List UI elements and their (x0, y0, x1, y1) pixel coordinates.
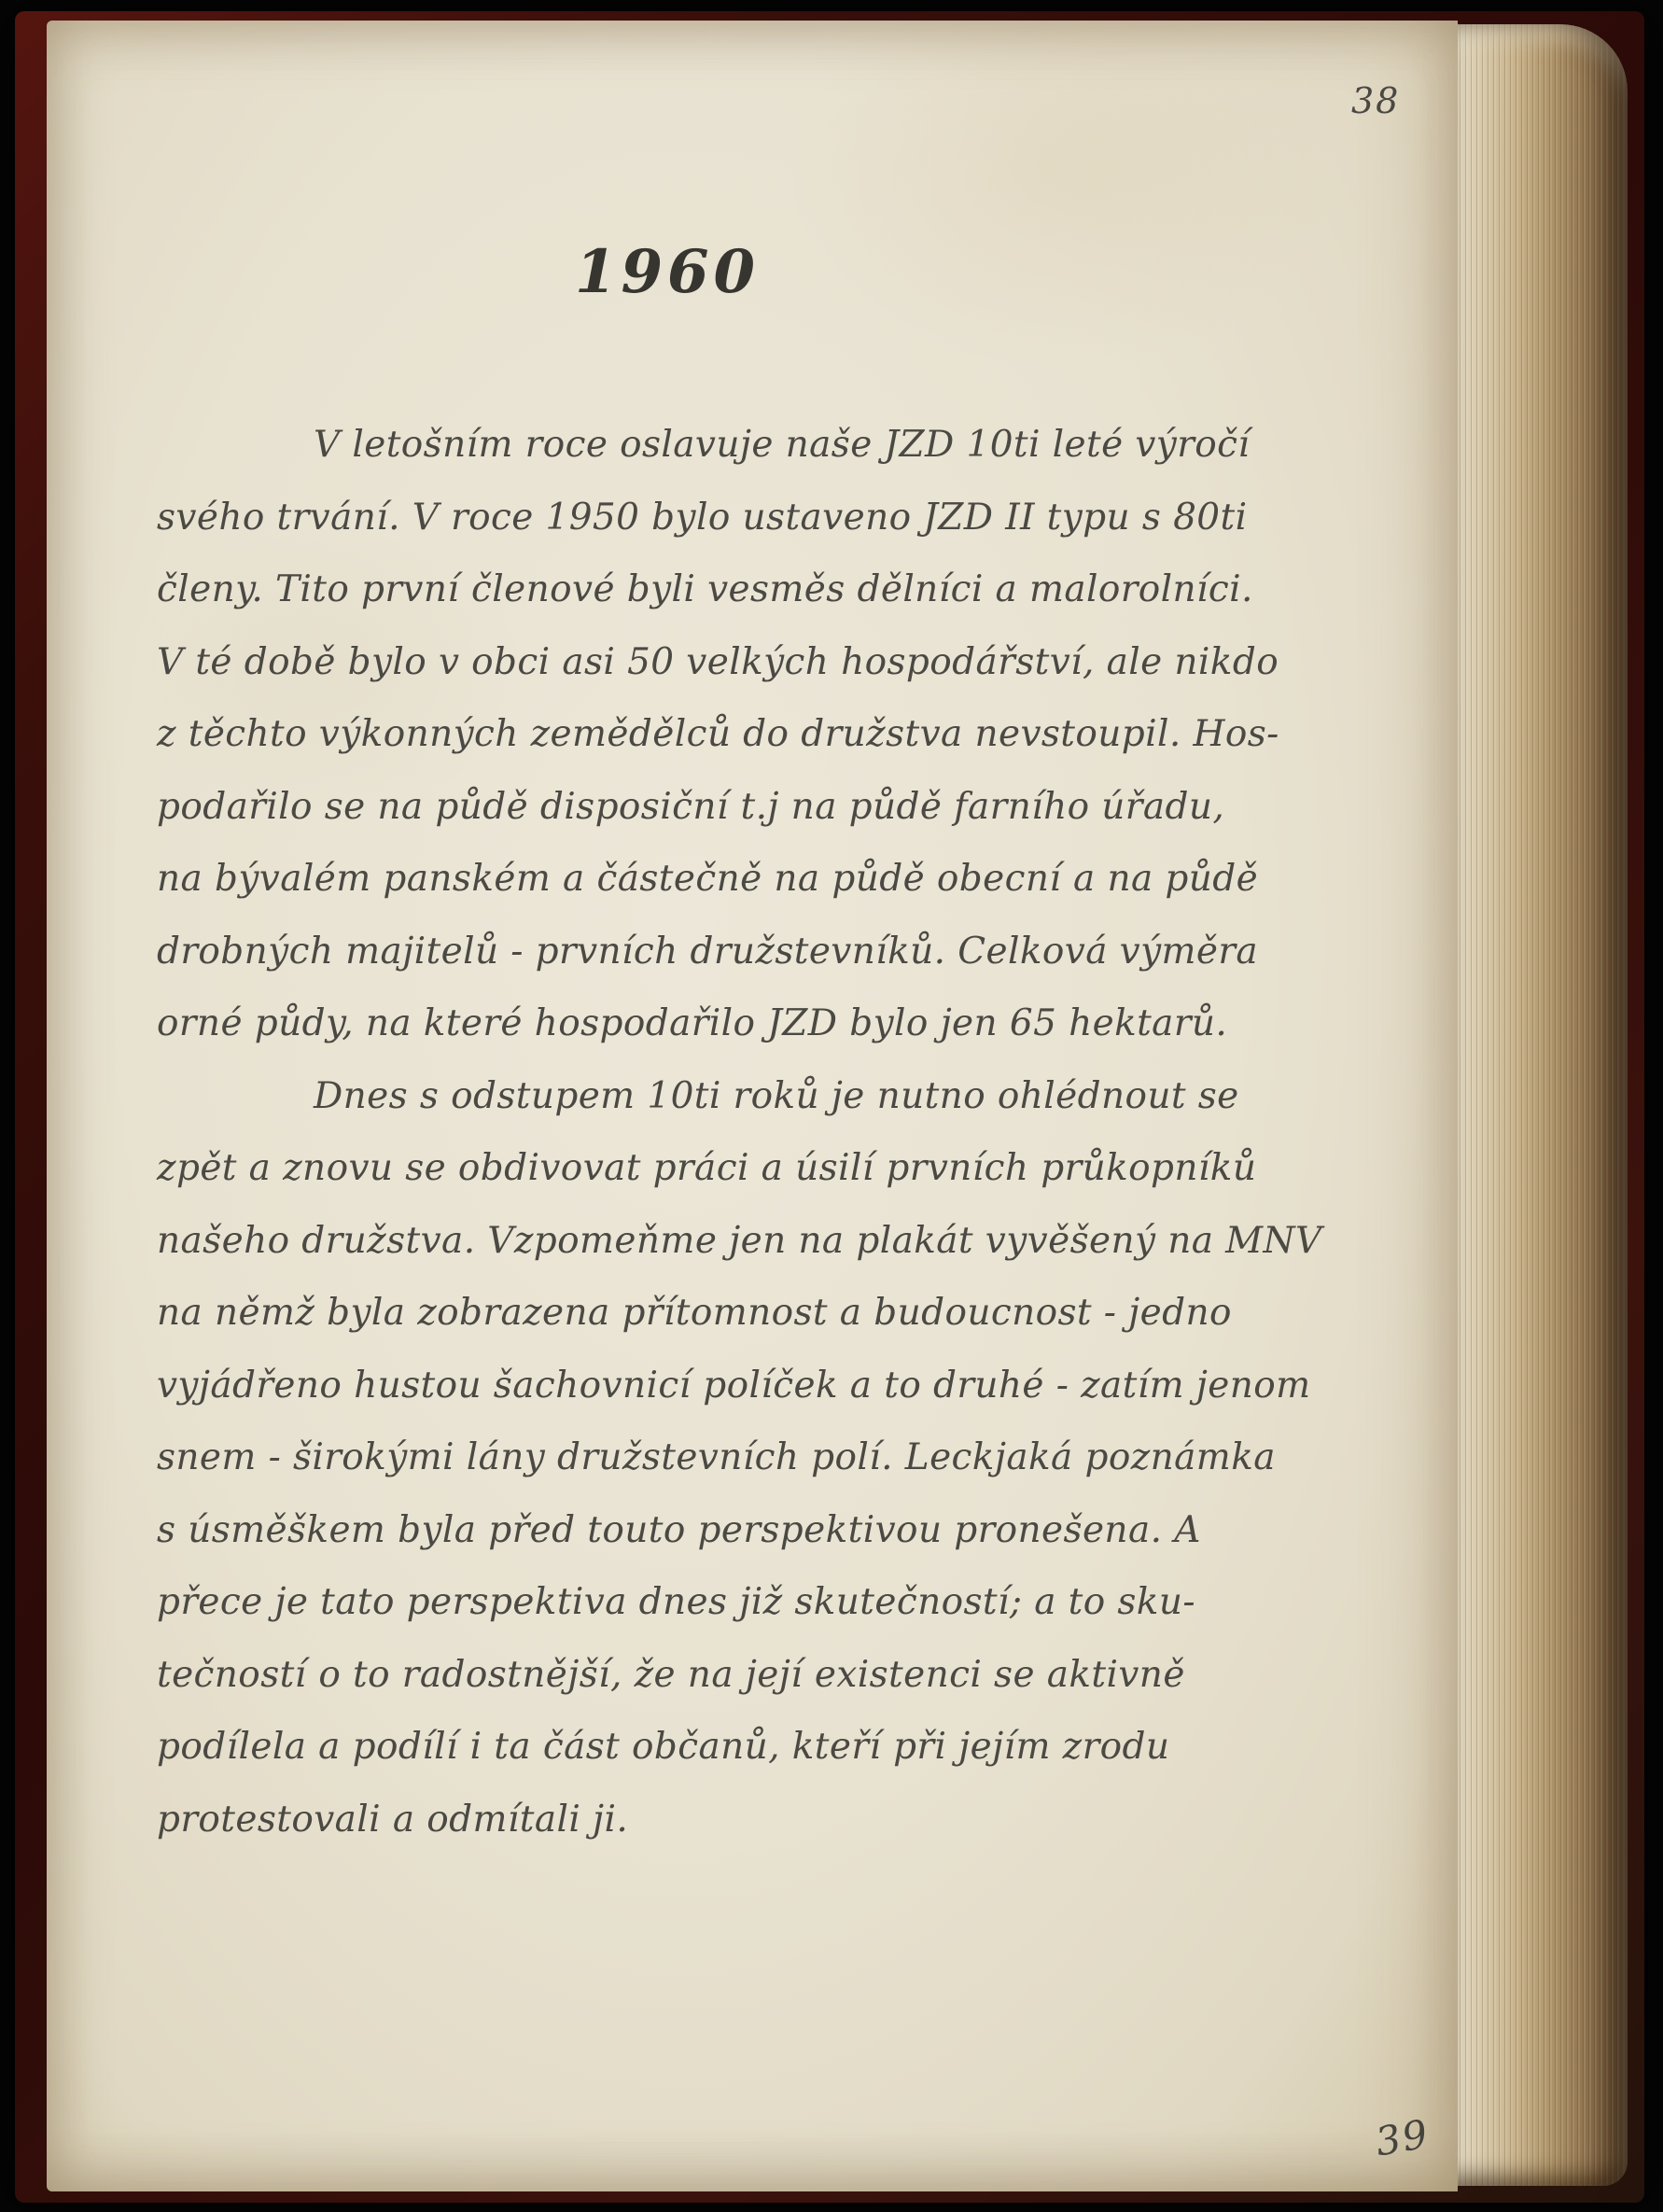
text-line: V té době bylo v obci asi 50 velkých hos… (157, 626, 1370, 699)
page-number-bottom: 39 (1372, 2110, 1432, 2164)
text-line: podařilo se na půdě disposiční t.j na pů… (157, 771, 1370, 844)
text-line: členy. Tito první členové byli vesměs dě… (157, 553, 1370, 626)
page-number-top: 38 (1351, 80, 1400, 121)
text-line: našeho družstva. Vzpomeňme jen na plakát… (157, 1205, 1370, 1278)
text-line: vyjádřeno hustou šachovnicí políček a to… (157, 1350, 1370, 1422)
text-line: orné půdy, na které hospodařilo JZD bylo… (157, 987, 1370, 1060)
text-line: s úsměškem byla před touto perspektivou … (157, 1494, 1370, 1567)
text-line: přece je tato perspektiva dnes již skute… (157, 1566, 1370, 1639)
text-line: drobných majitelů - prvních družstevníků… (157, 916, 1370, 988)
book-page: 38 1960 V letošním roce oslavuje naše JZ… (47, 21, 1458, 2191)
text-line: tečností o to radostnější, že na její ex… (157, 1639, 1370, 1712)
text-line: Dnes s odstupem 10ti roků je nutno ohléd… (157, 1060, 1370, 1133)
text-line: protestovali a odmítali ji. (157, 1784, 1370, 1856)
page-title-year: 1960 (47, 237, 1288, 307)
text-line: z těchto výkonných zemědělců do družstva… (157, 698, 1370, 771)
handwritten-text-block: V letošním roce oslavuje naše JZD 10ti l… (157, 409, 1370, 1855)
text-line: na bývalém panském a částečně na půdě ob… (157, 843, 1370, 916)
text-line: zpět a znovu se obdivovat práci a úsilí … (157, 1132, 1370, 1205)
scanned-book-photo: { "book_page": { "page_number_top": "38"… (0, 0, 1663, 2212)
text-line: V letošním roce oslavuje naše JZD 10ti l… (157, 409, 1370, 482)
text-line: snem - širokými lány družstevních polí. … (157, 1421, 1370, 1494)
book-fore-edge-pages (1448, 24, 1628, 2186)
text-line: na němž byla zobrazena přítomnost a budo… (157, 1277, 1370, 1350)
text-line: podílela a podílí i ta část občanů, kteř… (157, 1711, 1370, 1784)
text-line: svého trvání. V roce 1950 bylo ustaveno … (157, 482, 1370, 554)
